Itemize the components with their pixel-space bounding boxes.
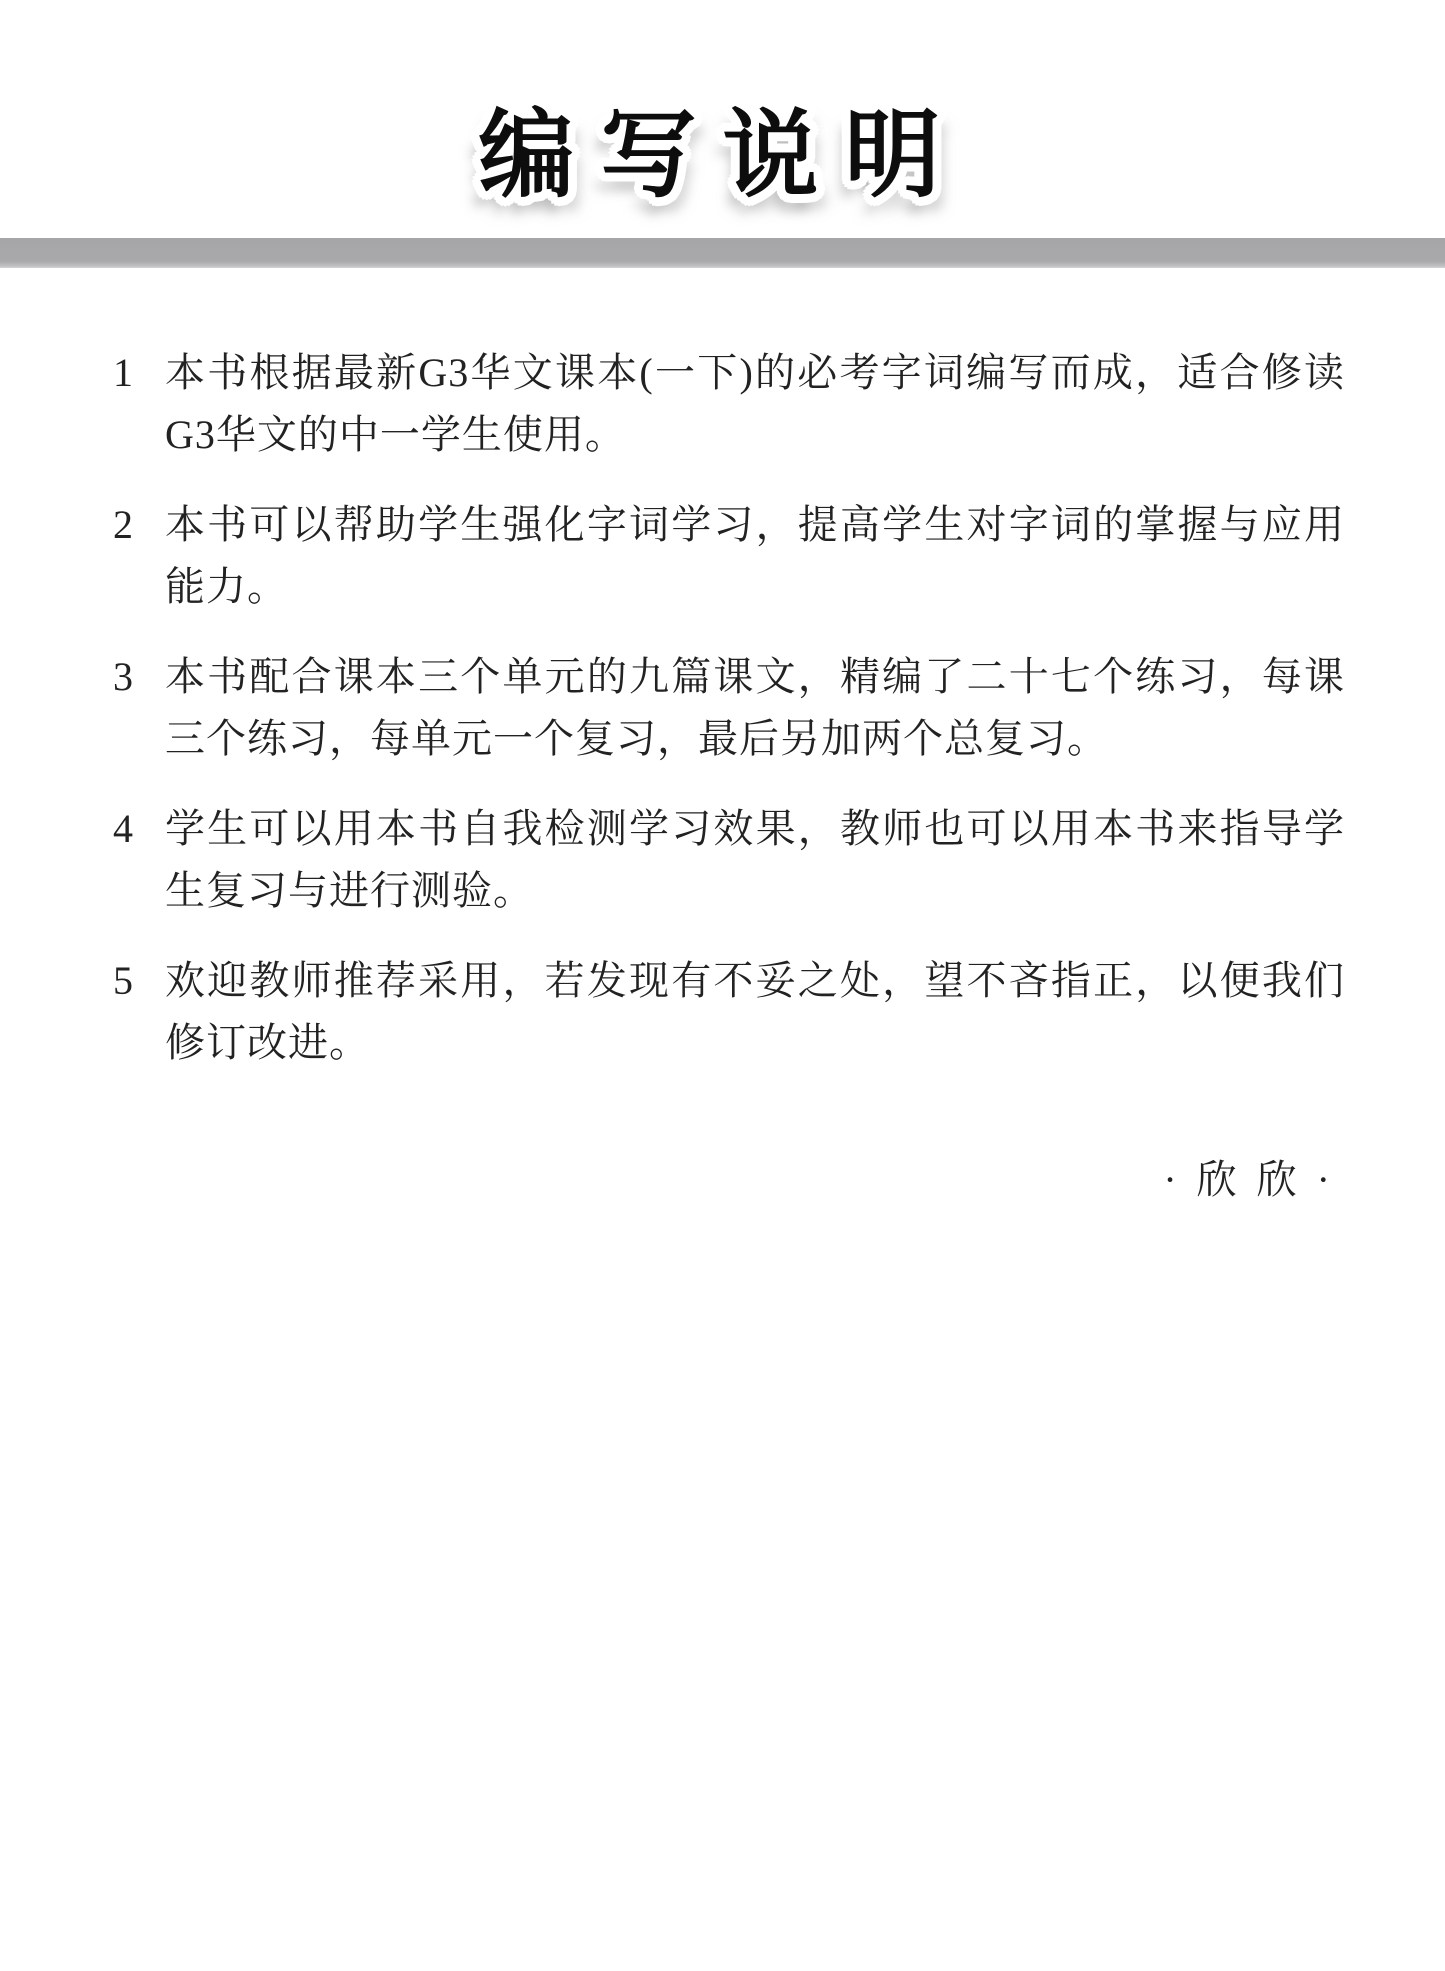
note-item-1: 1 本书根据最新G3华文课本(一下)的必考字词编写而成，适合修读G3华文的中一学… <box>113 342 1345 466</box>
note-number-3: 3 <box>113 646 165 770</box>
note-item-3: 3 本书配合课本三个单元的九篇课文，精编了二十七个练习，每课三个练习，每单元一个… <box>113 646 1345 770</box>
note-item-5: 5 欢迎教师推荐采用，若发现有不妥之处，望不吝指正，以便我们修订改进。 <box>113 950 1345 1074</box>
author-signature: · 欣 欣 · <box>0 1156 1445 1204</box>
notes-list: 1 本书根据最新G3华文课本(一下)的必考字词编写而成，适合修读G3华文的中一学… <box>0 342 1445 1074</box>
note-number-2: 2 <box>113 494 165 618</box>
note-number-1: 1 <box>113 342 165 466</box>
page-title: 编写说明 <box>0 0 1445 212</box>
note-item-2: 2 本书可以帮助学生强化字词学习，提高学生对字词的掌握与应用能力。 <box>113 494 1345 618</box>
note-number-4: 4 <box>113 798 165 922</box>
document-page: 编写说明 1 本书根据最新G3华文课本(一下)的必考字词编写而成，适合修读G3华… <box>0 0 1445 1971</box>
note-text-5: 欢迎教师推荐采用，若发现有不妥之处，望不吝指正，以便我们修订改进。 <box>165 950 1345 1074</box>
note-text-1: 本书根据最新G3华文课本(一下)的必考字词编写而成，适合修读G3华文的中一学生使… <box>165 342 1345 466</box>
note-text-4: 学生可以用本书自我检测学习效果，教师也可以用本书来指导学生复习与进行测验。 <box>165 798 1345 922</box>
note-text-3: 本书配合课本三个单元的九篇课文，精编了二十七个练习，每课三个练习，每单元一个复习… <box>165 646 1345 770</box>
note-item-4: 4 学生可以用本书自我检测学习效果，教师也可以用本书来指导学生复习与进行测验。 <box>113 798 1345 922</box>
note-text-2: 本书可以帮助学生强化字词学习，提高学生对字词的掌握与应用能力。 <box>165 494 1345 618</box>
divider-bar <box>0 238 1445 268</box>
note-number-5: 5 <box>113 950 165 1074</box>
